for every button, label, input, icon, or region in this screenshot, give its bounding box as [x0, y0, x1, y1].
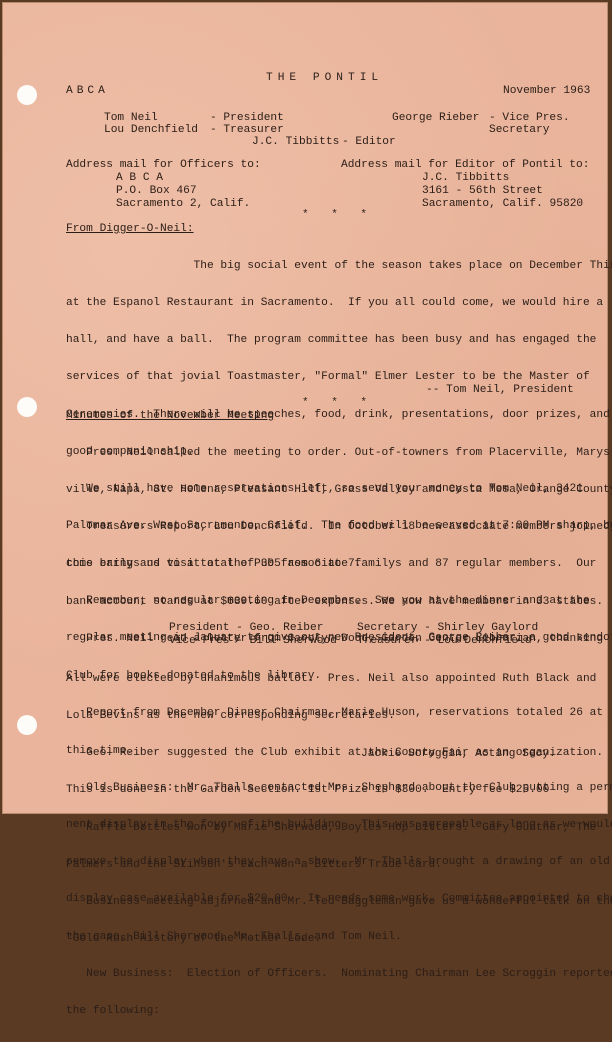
officer-role: - President — [210, 112, 284, 124]
elected-officers-line: Vice Pres - Bill Sherwood Treasurer - Lo… — [169, 635, 532, 647]
org-name: ABCA — [66, 85, 109, 97]
officers-address-label: Address mail for Officers to: — [66, 159, 261, 171]
officer-name: Tom Neil — [104, 112, 158, 124]
text-line: this brings us to a total of 305 associa… — [66, 558, 601, 570]
text-line: bank account stands at $639.60 after exp… — [66, 596, 601, 608]
officers-address-line: Sacramento 2, Calif. — [116, 198, 250, 210]
text-line: services of that jovial Toastmaster, "Fo… — [66, 371, 601, 383]
text-line: Treasurers Report, Lou Denchfield. In Oc… — [66, 521, 601, 533]
section-heading: From Digger-O-Neil: — [66, 223, 194, 235]
section-divider: * * * — [302, 397, 375, 409]
officer-role: - Vice Pres. — [489, 112, 570, 124]
punch-hole — [17, 85, 37, 105]
text-line: This is done in the Garden Section. 1st … — [66, 784, 601, 796]
punch-hole — [17, 397, 37, 417]
text-line: at the Espanol Restaurant in Sacramento.… — [66, 297, 601, 309]
issue-date: November 1963 — [503, 85, 590, 97]
section-heading: Minutes of the November Meeting — [66, 410, 274, 422]
text-line: The big social event of the season takes… — [66, 260, 601, 272]
text-line: All were elected by unanimous ballot. Pr… — [66, 673, 601, 685]
officers-address-line: A B C A — [116, 172, 163, 184]
officer-role: Secretary — [489, 124, 549, 136]
officer-name: George Rieber — [392, 112, 479, 124]
officers-address-line: P.O. Box 467 — [116, 185, 197, 197]
punch-hole — [17, 715, 37, 735]
section-signature: -- Tom Neil, President — [426, 384, 574, 396]
section-signature: Jackie Scroggin, Acting Secy. — [361, 748, 556, 760]
newsletter-page: THE PONTIL ABCA November 1963 Tom Neil -… — [2, 2, 608, 814]
elected-officers-line: President - Geo. Reiber Secretary - Shir… — [169, 622, 538, 634]
newsletter-title: THE PONTIL — [266, 72, 383, 84]
editor-address-label: Address mail for Editor of Pontil to: — [341, 159, 589, 171]
editor-address-line: J.C. Tibbitts — [422, 172, 509, 184]
section-divider: * * * — [302, 209, 375, 221]
text-line: ville, Napa, St. Helena, Pleasant Hill, … — [66, 484, 601, 496]
text-line: Lola Bevins as the new corresponding sec… — [66, 710, 601, 722]
officer-role: - Editor — [342, 136, 396, 148]
section-body-continued: All were elected by unanimous ballot. Pr… — [66, 648, 601, 817]
text-line: Pres. Neil called the meeting to order. … — [66, 447, 601, 459]
officer-name: Lou Denchfield — [104, 124, 198, 136]
officer-name: J.C. Tibbitts — [252, 136, 339, 148]
editor-address-line: 3161 - 56th Street — [422, 185, 543, 197]
text-line: hall, and have a ball. The program commi… — [66, 334, 601, 346]
editor-address-line: Sacramento, Calif. 95820 — [422, 198, 583, 210]
officer-role: - Treasurer — [210, 124, 284, 136]
